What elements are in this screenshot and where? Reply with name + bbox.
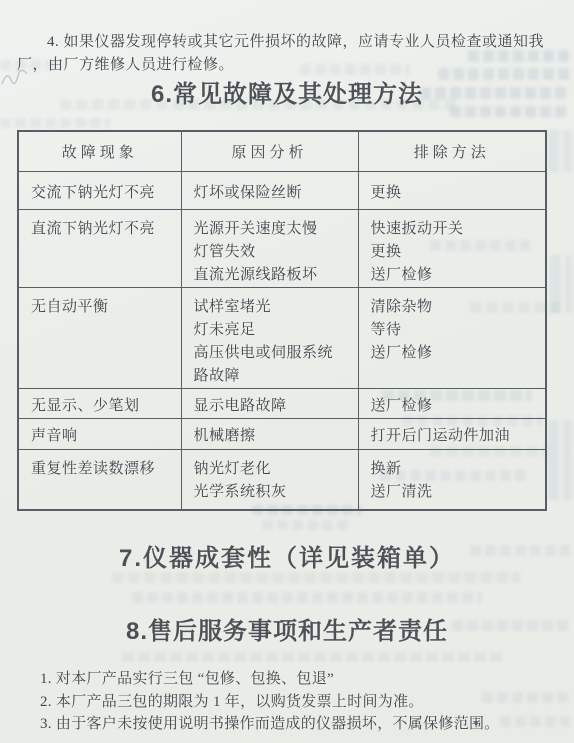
cell-line: 灯未亮足 (194, 319, 348, 342)
cell-causes: 机械磨擦 (181, 418, 358, 449)
cell-phenomenon: 声音响 (18, 418, 181, 449)
cell-line: 无显示、少笔划 (31, 395, 171, 418)
section-7-heading: 7.仪器成套性（详见装箱单） (0, 538, 574, 573)
cell-line: 送厂检修 (371, 342, 536, 365)
cell-line: 高压供电或伺服系统路故障 (194, 342, 348, 388)
cell-line: 等待 (371, 319, 536, 342)
cell-phenomenon: 直流下钠光灯不亮 (18, 209, 181, 287)
section-8-heading: 8.售后服务事项和生产者责任 (0, 611, 574, 646)
table-row: 交流下钠光灯不亮 灯坏或保险丝断 更换 (18, 171, 546, 209)
bleed-through-artifact (132, 592, 482, 603)
cell-line: 换新 (371, 458, 536, 481)
cell-line: 重复性差读数漂移 (31, 458, 171, 481)
cell-line: 清除杂物 (371, 296, 536, 319)
cell-remedies: 换新 送厂清洗 (358, 449, 546, 510)
cell-line: 光源开关速度太慢 (194, 218, 348, 241)
cell-remedies: 快速扳动开关 更换 送厂检修 (358, 209, 546, 287)
table-row: 无显示、少笔划 显示电路故障 送厂检修 (18, 388, 546, 418)
scanned-manual-page: 4. 如果仪器发现停转或其它元件损坏的故障，应请专业人员检查或通知我厂，由厂方维… (0, 0, 574, 743)
table-header-row: 故障现象 原因分析 排除方法 (18, 131, 546, 171)
bleed-through-artifact (550, 255, 572, 313)
cell-phenomenon: 交流下钠光灯不亮 (18, 171, 181, 209)
cell-line: 交流下钠光灯不亮 (31, 182, 171, 205)
cell-phenomenon: 重复性差读数漂移 (18, 449, 181, 510)
column-header-cause: 原因分析 (181, 131, 358, 171)
service-terms-list: 1. 对本厂产品实行三包 “包修、包换、包退” 2. 本厂产品三包的期限为 1 … (40, 668, 550, 736)
cell-line: 光学系统积灰 (194, 481, 348, 504)
cell-line: 无自动平衡 (31, 296, 171, 319)
cell-line: 机械磨擦 (194, 425, 348, 448)
cell-line: 打开后门运动件加油 (371, 425, 536, 448)
cell-phenomenon: 无显示、少笔划 (18, 388, 181, 418)
cell-causes: 试样室堵光 灯未亮足 高压供电或伺服系统路故障 (181, 287, 358, 388)
cell-line: 更换 (371, 182, 536, 205)
cell-line: 送厂检修 (371, 395, 536, 418)
cell-causes: 钠光灯老化 光学系统积灰 (181, 449, 358, 510)
cell-line: 声音响 (31, 425, 171, 448)
bleed-through-artifact (122, 652, 502, 662)
cell-line: 更换 (371, 241, 536, 264)
column-header-remedy: 排除方法 (358, 131, 546, 171)
service-term: 3. 由于客户未按使用说明书操作而造成的仪器损坏，不属保修范围。 (40, 713, 550, 736)
bleed-through-artifact (262, 520, 352, 530)
cell-line: 直流下钠光灯不亮 (31, 218, 171, 241)
cell-remedies: 打开后门运动件加油 (358, 418, 546, 449)
section-6-heading: 6.常见故障及其处理方法 (0, 74, 574, 109)
cell-causes: 显示电路故障 (181, 388, 358, 418)
column-header-phenomenon: 故障现象 (18, 131, 181, 171)
cell-line: 直流光源线路板坏 (194, 264, 348, 287)
cell-line: 快速扳动开关 (371, 218, 536, 241)
bleed-through-artifact (548, 130, 572, 172)
table-row: 重复性差读数漂移 钠光灯老化 光学系统积灰 换新 送厂清洗 (18, 449, 546, 510)
cell-line: 灯管失效 (194, 241, 348, 264)
cell-phenomenon: 无自动平衡 (18, 287, 181, 388)
cell-line: 试样室堵光 (194, 296, 348, 319)
cell-line: 灯坏或保险丝断 (194, 182, 348, 205)
bleed-through-artifact (0, 118, 110, 128)
cell-line: 送厂清洗 (371, 481, 536, 504)
cell-line: 显示电路故障 (194, 395, 348, 418)
bleed-through-artifact (112, 572, 520, 583)
service-term: 2. 本厂产品三包的期限为 1 年，以购货发票上时间为准。 (40, 691, 550, 714)
table-row: 无自动平衡 试样室堵光 灯未亮足 高压供电或伺服系统路故障 清除杂物 等待 送厂… (18, 287, 546, 388)
cell-line: 钠光灯老化 (194, 458, 348, 481)
cell-remedies: 清除杂物 等待 送厂检修 (358, 287, 546, 388)
fault-table: 故障现象 原因分析 排除方法 交流下钠光灯不亮 灯坏或保险丝断 更换 直流下钠光… (17, 130, 547, 511)
table-row: 直流下钠光灯不亮 光源开关速度太慢 灯管失效 直流光源线路板坏 快速扳动开关 更… (18, 209, 546, 287)
cell-remedies: 送厂检修 (358, 388, 546, 418)
bleed-through-artifact (548, 420, 572, 500)
cell-causes: 光源开关速度太慢 灯管失效 直流光源线路板坏 (181, 209, 358, 287)
intro-paragraph: 4. 如果仪器发现停转或其它元件损坏的故障，应请专业人员检查或通知我厂，由厂方维… (17, 31, 545, 77)
table-row: 声音响 机械磨擦 打开后门运动件加油 (18, 418, 546, 449)
cell-causes: 灯坏或保险丝断 (181, 171, 358, 209)
cell-line: 送厂检修 (371, 264, 536, 287)
service-term: 1. 对本厂产品实行三包 “包修、包换、包退” (40, 668, 550, 691)
cell-remedies: 更换 (358, 171, 546, 209)
